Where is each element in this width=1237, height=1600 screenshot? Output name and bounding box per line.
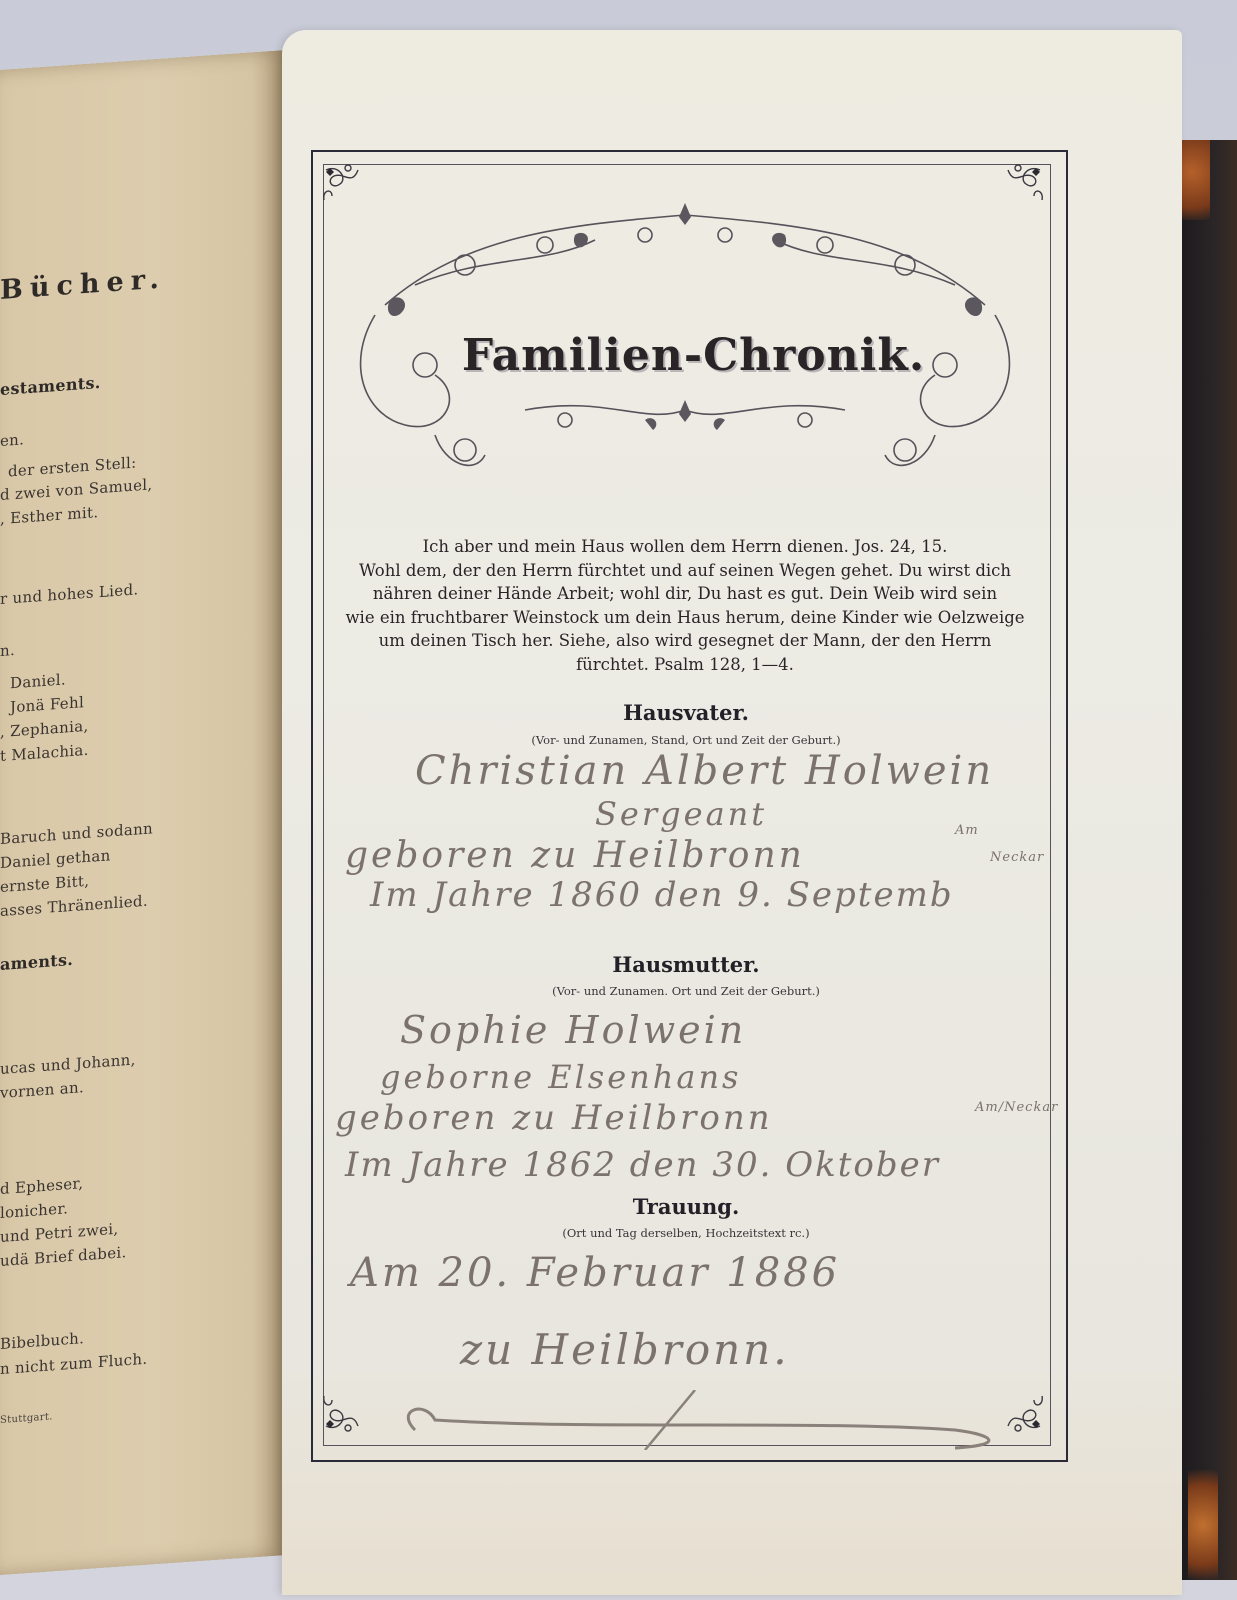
father-birthplace-handwriting: geboren zu Heilbronn <box>345 835 805 876</box>
father-rank-handwriting: Sergeant <box>595 795 767 833</box>
left-page-text: Bücher. estaments.en.der ersten Stell:d … <box>0 50 285 1570</box>
section-hint-mother: (Vor- und Zunamen. Ort und Zeit der Gebu… <box>323 984 1049 998</box>
left-page-line: lonicher. <box>0 1199 68 1222</box>
spine-wear <box>1180 140 1210 220</box>
section-hint-wedding: (Ort und Tag derselben, Hochzeitstext rc… <box>323 1226 1049 1240</box>
section-title-mother: Hausmutter. <box>323 952 1049 977</box>
left-page-line: , Esther mit. <box>0 503 98 528</box>
mother-name-handwriting: Sophie Holwein <box>400 1008 746 1052</box>
left-page-line: der ersten Stell: <box>8 453 136 480</box>
mother-birthdate-handwriting: Im Jahre 1862 den 30. Oktober <box>345 1145 940 1185</box>
left-page-line: aments. <box>0 950 73 974</box>
left-page-line: vornen an. <box>0 1078 84 1102</box>
left-page-line: r und hohes Lied. <box>0 580 138 608</box>
verse-line: Ich aber und mein Haus wollen dem Herrn … <box>330 535 1040 559</box>
left-page-line: und Petri zwei, <box>0 1220 118 1246</box>
left-page-line: , Zephania, <box>0 717 89 741</box>
left-page-line: Jonä Fehl <box>10 693 84 716</box>
left-page-line: n nicht zum Fluch. <box>0 1350 147 1378</box>
father-annotation-above: Am <box>955 823 979 838</box>
left-page-line: asses Thränenlied. <box>0 892 148 920</box>
left-page-line: udä Brief dabei. <box>0 1243 127 1270</box>
section-title-wedding: Trauung. <box>323 1194 1049 1219</box>
left-page-line: Daniel gethan <box>0 846 111 872</box>
signature-flourish-icon <box>395 1390 1035 1450</box>
left-page-line: t Malachia. <box>0 741 89 765</box>
left-page-line: en. <box>0 430 24 450</box>
corner-ornament-icon <box>318 1388 366 1436</box>
verse-line: wie ein fruchtbarer Weinstock um dein Ha… <box>330 606 1040 630</box>
mother-annotation-right: Am/Neckar <box>975 1100 1058 1115</box>
left-page-line: ucas und Johann, <box>0 1051 136 1078</box>
mother-maiden-name-handwriting: geborne Elsenhans <box>380 1058 741 1096</box>
father-annotation-right: Neckar <box>990 850 1044 865</box>
father-name-handwriting: Christian Albert Holwein <box>415 748 994 794</box>
verse-line: fürchtet. Psalm 128, 1—4. <box>330 653 1040 677</box>
left-page-line: Daniel. <box>10 670 66 692</box>
left-page-line: n. <box>0 641 15 660</box>
section-title-father: Hausvater. <box>323 700 1049 725</box>
page-title-text: Familien-Chronik. <box>462 330 925 381</box>
left-page-heading: Bücher. <box>0 263 166 306</box>
wedding-date-handwriting: Am 20. Februar 1886 <box>350 1250 840 1296</box>
left-facing-page: Bücher. estaments.en.der ersten Stell:d … <box>0 50 285 1575</box>
left-page-line: d zwei von Samuel, <box>0 475 152 504</box>
verse-line: nähren deiner Hände Arbeit; wohl dir, Du… <box>330 582 1040 606</box>
wedding-place-handwriting: zu Heilbronn. <box>460 1325 790 1374</box>
spine-wear <box>1188 1470 1218 1580</box>
left-page-line: Bibelbuch. <box>0 1329 84 1353</box>
left-page-line: d Epheser, <box>0 1174 83 1198</box>
section-hint-father: (Vor- und Zunamen, Stand, Ort und Zeit d… <box>323 733 1049 747</box>
verse-line: um deinen Tisch her. Siehe, also wird ge… <box>330 629 1040 653</box>
scripture-verse: Ich aber und mein Haus wollen dem Herrn … <box>330 535 1040 676</box>
father-birthdate-handwriting: Im Jahre 1860 den 9. Septemb <box>370 875 954 915</box>
left-page-line: Baruch und sodann <box>0 819 153 848</box>
mother-birthplace-handwriting: geboren zu Heilbronn <box>335 1098 773 1138</box>
verse-line: Wohl dem, der den Herrn fürchtet und auf… <box>330 559 1040 583</box>
left-page-line: ernste Bitt, <box>0 872 89 896</box>
left-page-line: Stuttgart. <box>0 1411 53 1426</box>
page-title: Familien-Chronik. <box>0 330 1237 381</box>
